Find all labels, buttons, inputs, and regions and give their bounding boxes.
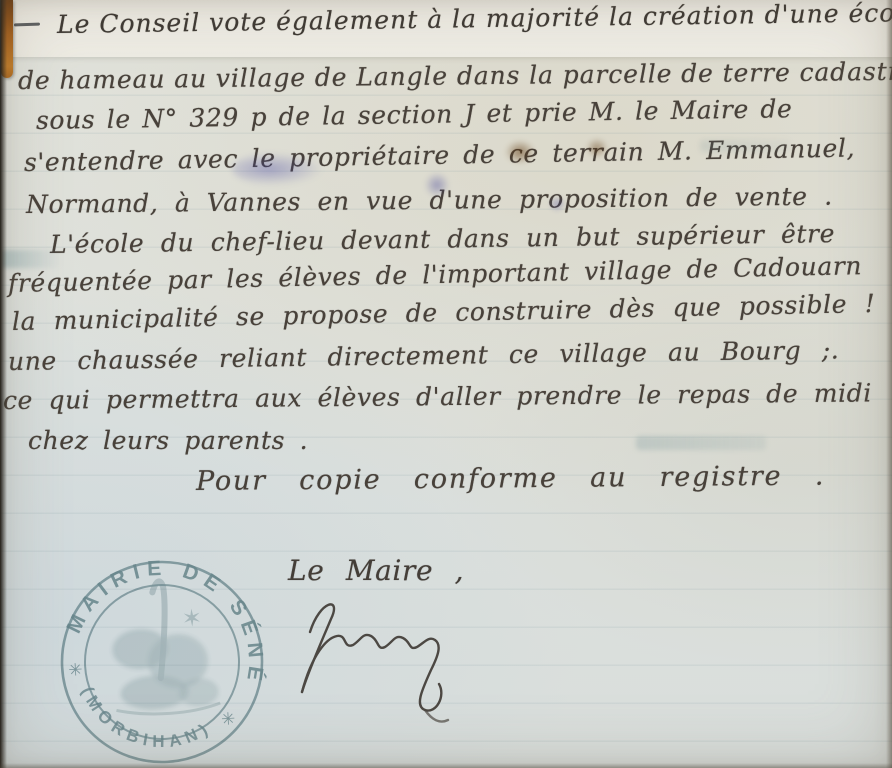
handwritten-line-3: sous le N° 329 p de la section J et prie… [36, 94, 793, 135]
handwritten-line-10: ce qui permettra aux élèves d'aller pren… [3, 378, 872, 415]
mairie-stamp: MAIRIE DE SÉNÉ (MORBIHAN) ✳ ✳ ✶ [56, 556, 268, 768]
handwritten-line-8: la municipalité se propose de construire… [12, 289, 876, 336]
stamp-emblem: ✶ [109, 579, 221, 717]
certification-line: Pour copie conforme au registre . [196, 461, 825, 497]
page-left-edge [0, 0, 7, 768]
handwritten-line-11: chez leurs parents . [28, 426, 308, 455]
closing-le-maire: Le Maire , [288, 554, 464, 587]
handwritten-line-2: de hameau au village de Langle dans la p… [18, 56, 892, 95]
document-photo: Le Conseil vote également à la majorité … [0, 0, 892, 768]
handwritten-line-4: s'entendre avec le propriétaire de ce te… [24, 133, 856, 177]
handwritten-line-5: Normand, à Vannes en vue d'une propositi… [26, 182, 833, 219]
handwritten-line-6: L'école du chef-lieu devant dans un but … [50, 219, 835, 259]
page-right-edge [886, 0, 892, 768]
page-bottom-edge [0, 763, 892, 768]
stamp-star-emblem-icon: ✶ [181, 604, 203, 633]
bleedthrough-mark [636, 436, 766, 450]
stamp-star-left-icon: ✳ [68, 660, 83, 680]
stamp-star-right-icon: ✳ [221, 709, 236, 729]
handwritten-line-9: une chaussée reliant directement ce vill… [8, 335, 840, 376]
mayor-signature [282, 592, 492, 732]
